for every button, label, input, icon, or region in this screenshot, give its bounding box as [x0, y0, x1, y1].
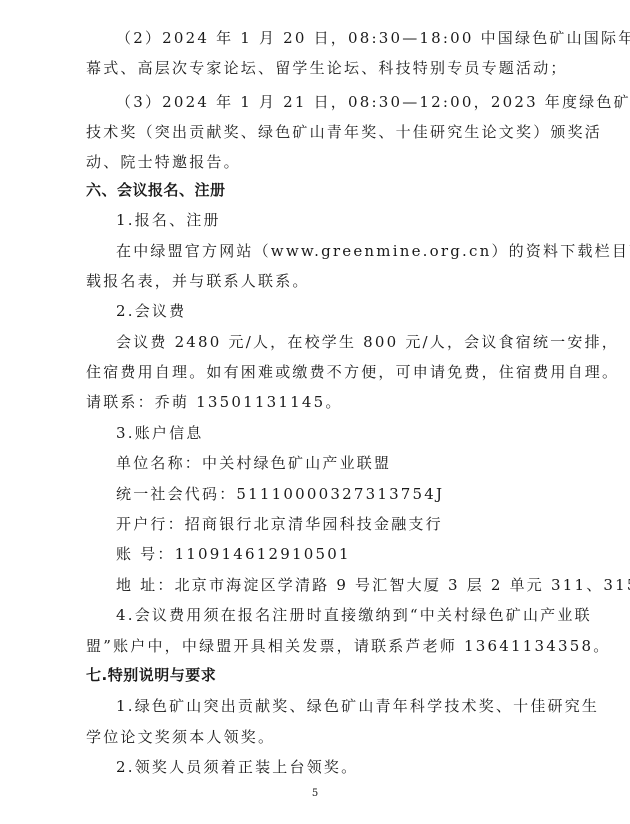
text-line: 盟”账户中，中绿盟开具相关发票，请联系芦老师 13641134358。: [86, 636, 610, 656]
text-line: （2）2024 年 1 月 20 日，08:30—18:00 中国绿色矿山国际年…: [116, 28, 630, 48]
subheading-fee: 2.会议费: [116, 301, 186, 321]
text-line: （3）2024 年 1 月 21 日，08:30—12:00，2023 年度绿色…: [116, 92, 630, 112]
text-line: 1.绿色矿山突出贡献奖、绿色矿山青年科学技术奖、十佳研究生: [116, 696, 599, 716]
account-name: 单位名称：中关村绿色矿山产业联盟: [116, 453, 391, 473]
page-number: 5: [0, 788, 630, 799]
section-heading-registration: 六、会议报名、注册: [86, 180, 226, 200]
text-line: 动、院士特邀报告。: [86, 152, 241, 172]
text-line: 幕式、高层次专家论坛、留学生论坛、科技特别专员专题活动；: [86, 58, 568, 78]
text-line: 请联系：乔萌 13501131145。: [86, 392, 343, 412]
account-credit-code: 统一社会代码：51110000327313754J: [116, 484, 444, 504]
text-line: 在中绿盟官方网站（www.greenmine.org.cn）的资料下载栏目下: [116, 241, 630, 261]
text-line: 4.会议费用须在报名注册时直接缴纳到“中关村绿色矿山产业联: [116, 605, 592, 625]
text-line: 会议费 2480 元/人，在校学生 800 元/人，会议食宿统一安排，: [116, 332, 619, 352]
text-line: 2.领奖人员须着正装上台领奖。: [116, 757, 358, 777]
text-line: 住宿费用自理。如有困难或缴费不方便，可申请免费，住宿费用自理。: [86, 362, 619, 382]
document-page: （2）2024 年 1 月 20 日，08:30—18:00 中国绿色矿山国际年…: [0, 0, 630, 824]
account-bank: 开户行：招商银行北京清华园科技金融支行: [116, 514, 443, 534]
text-line: 载报名表，并与联系人联系。: [86, 271, 310, 291]
text-line: 技术奖（突出贡献奖、绿色矿山青年奖、十佳研究生论文奖）颁奖活: [86, 122, 602, 142]
account-address: 地 址：北京市海淀区学清路 9 号汇智大厦 3 层 2 单元 311、315: [116, 575, 630, 595]
subheading-account: 3.账户信息: [116, 423, 204, 443]
section-heading-requirements: 七.特别说明与要求: [86, 665, 216, 685]
subheading-registration: 1.报名、注册: [116, 210, 221, 230]
text-line: 学位论文奖须本人领奖。: [86, 727, 275, 747]
account-number: 账 号：110914612910501: [116, 544, 351, 564]
